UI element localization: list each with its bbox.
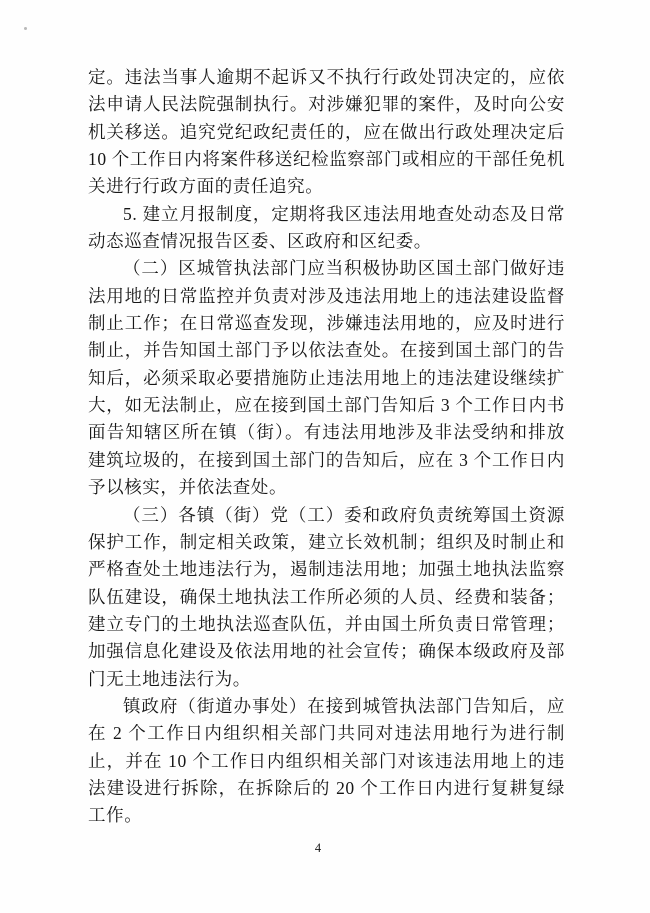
- paragraph-continuation: 定。违法当事人逾期不起诉又不执行行政处罚决定的，应依法申请人民法院强制执行。对涉…: [88, 64, 565, 201]
- document-page: 定。违法当事人逾期不起诉又不执行行政处罚决定的，应依法申请人民法院强制执行。对涉…: [0, 0, 650, 913]
- paragraph-section-2: （二）区城管执法部门应当积极协助区国土部门做好违法用地的日常监控并负责对涉及违法…: [88, 255, 565, 501]
- paragraph-item-5: 5. 建立月报制度，定期将我区违法用地查处动态及日常动态巡查情况报告区委、区政府…: [88, 201, 565, 256]
- scan-artifact-speck: [24, 27, 27, 30]
- paragraph-section-3: （三）各镇（街）党（工）委和政府负责统筹国土资源保护工作，制定相关政策，建立长效…: [88, 502, 565, 693]
- document-body: 定。违法当事人逾期不起诉又不执行行政处罚决定的，应依法申请人民法院强制执行。对涉…: [88, 64, 565, 830]
- page-number: 4: [306, 841, 330, 856]
- paragraph-town-government: 镇政府（街道办事处）在接到城管执法部门告知后，应在 2 个工作日内组织相关部门共…: [88, 693, 565, 830]
